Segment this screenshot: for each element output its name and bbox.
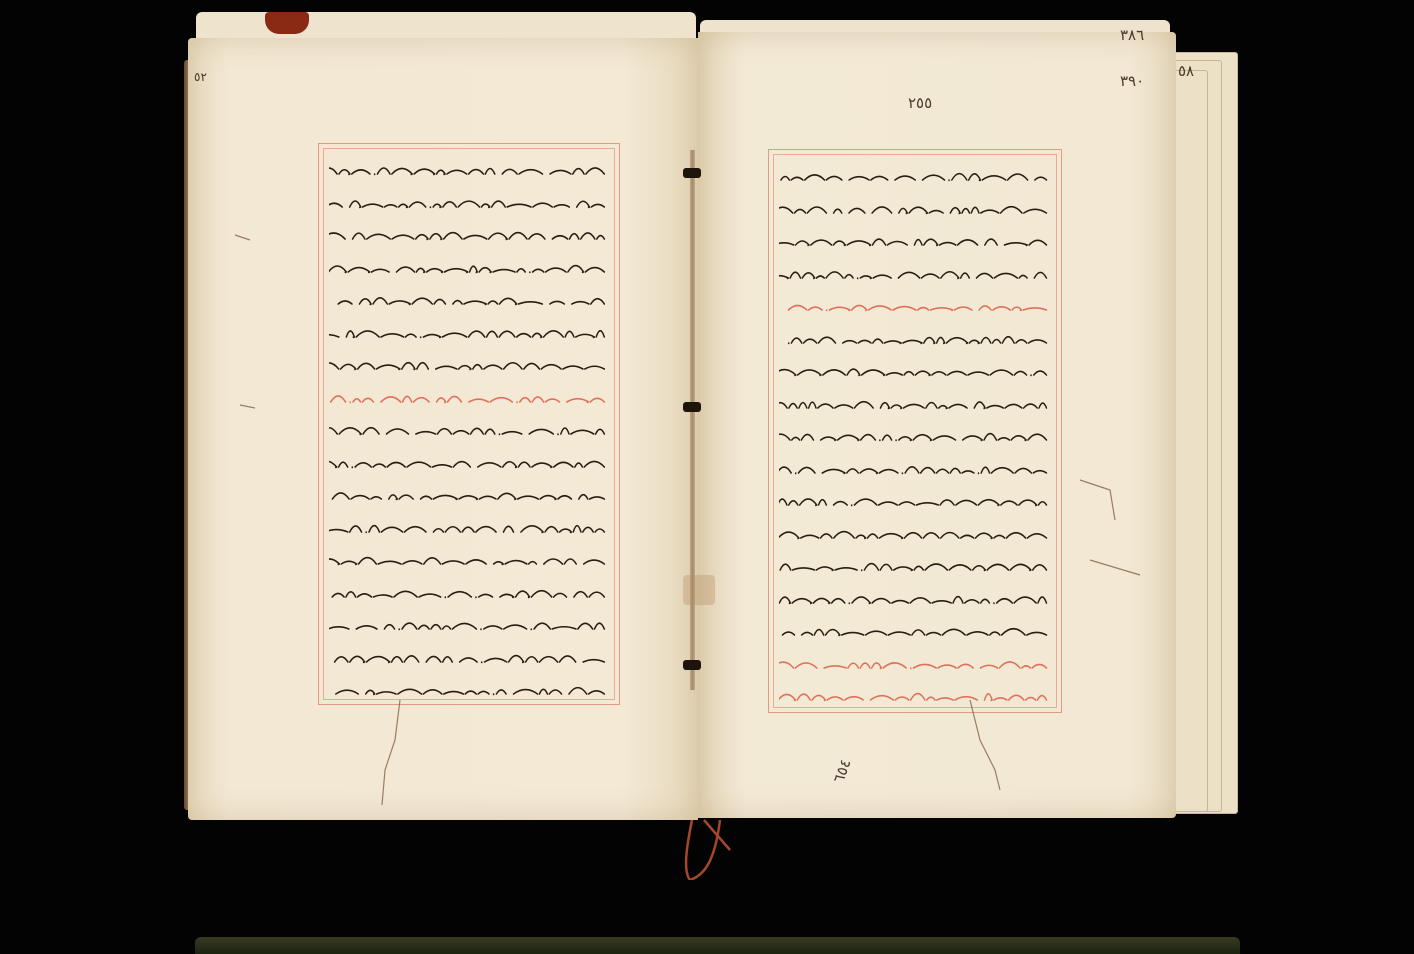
paper-cracks — [0, 0, 1414, 954]
